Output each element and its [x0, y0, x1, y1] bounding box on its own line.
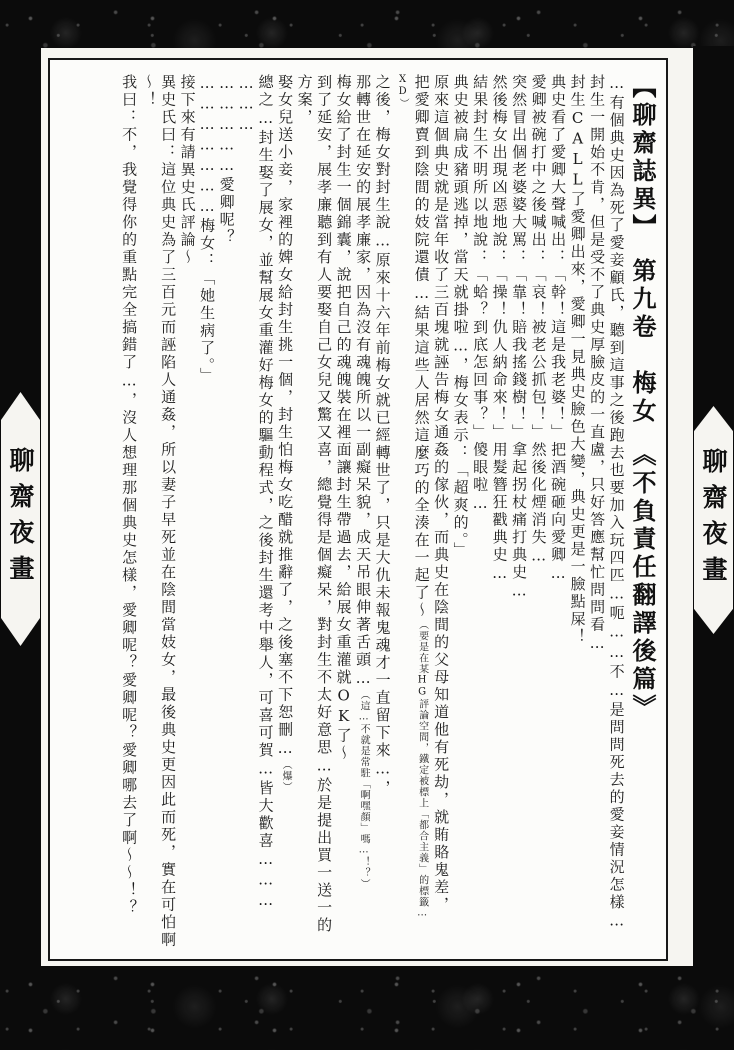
- text-frame: 【聊齋誌異】 第九卷 梅女 《不負責任翻譯後篇》 …有個典史因為死了愛妾顧氏，聽…: [48, 58, 668, 961]
- column-side-note: （爆）: [280, 760, 291, 793]
- text-column: 結果封生不明所以地說：「蛤？到底怎回事？」傻眼啦…: [470, 74, 490, 949]
- column-text: …有個典史因為死了愛妾顧氏，聽到這事之後跑去也要加入玩四匹…呃……不…是問問死去…: [608, 74, 626, 932]
- bottom-ornament-band: [0, 966, 734, 1050]
- left-title-cartouche: 聊齋夜畫: [1, 392, 40, 646]
- column-text: 結果封生不明所以地說：「蛤？到底怎回事？」傻眼啦…: [471, 74, 489, 515]
- column-text: 原來這個典史就是當年收了三百塊就誣告梅女通姦的傢伙，而典史在陰間的父母知道他有死…: [432, 74, 450, 914]
- text-column: 總之…封生娶了展女，並幫展女重灌好梅女的驅動程式，之後封生還考中舉人，可喜可賀……: [255, 74, 275, 949]
- side-label-left: 聊齋夜畫: [8, 447, 33, 591]
- text-column: …有個典史因為死了愛妾顧氏，聽到這事之後跑去也要加入玩四匹…呃……不…是問問死去…: [606, 74, 626, 949]
- column-side-note: （這…不就是常駐「啊嘿顏」嗎…！？）: [358, 690, 369, 890]
- column-text: …………………梅女：「她生病了。」: [198, 74, 216, 385]
- text-column: 娶女兒送小妾，家裡的婢女給封生挑一個，封生怕梅女吃醋就推辭了，之後塞不下恕刪…（…: [275, 74, 295, 949]
- text-column: 典史被扁成豬頭逃掉，當天就掛啦…，梅女表示：「超爽的。」: [450, 74, 470, 949]
- text-column: 突然冒出個老婆婆大罵：「靠！賠我搖錢樹！」拿起拐杖痛打典史…: [509, 74, 529, 949]
- text-column: 之後，梅女對封生說…原來十六年前梅女就已經轉世了，只是大仇未報鬼魂才一直留下來……: [372, 74, 392, 949]
- text-column: 封生CALL了愛卿出來，愛卿一見典史臉色大變，典史更是一臉點屎！: [567, 74, 587, 949]
- column-text: 之後，梅女對封生說…原來十六年前梅女就已經轉世了，只是大仇未報鬼魂才一直留下來……: [374, 74, 392, 798]
- text-column: 封生一開始不肯，但是受不了典史厚臉皮的一直盧，只好答應幫忙問問看…: [587, 74, 607, 949]
- text-column: 原來這個典史就是當年收了三百塊就誣告梅女通姦的傢伙，而典史在陰間的父母知道他有死…: [431, 74, 451, 949]
- text-column: 到了延安，展孝廉聽到有人要娶自己女兒又驚又喜，總覺得是個癡呆，對封生不太好意思……: [294, 74, 333, 949]
- column-text: 那轉世在延安的展孝廉家，因為沒有魂魄所以一副癡呆貌，成天吊眼伸著舌頭…: [354, 74, 372, 690]
- column-text: 總之…封生娶了展女，並幫展女重灌好梅女的驅動程式，之後封生還考中舉人，可喜可賀……: [257, 74, 275, 912]
- column-text: 愛卿被碗打中之後喊出：「哀！被老公抓包！」然後化煙消失…: [530, 74, 548, 567]
- column-text: 我曰：不，我覺得你的重點完全搞錯了…，沒人想理那個典史怎樣，愛卿呢？愛卿呢？愛卿…: [120, 74, 138, 917]
- text-column: ………: [236, 74, 256, 949]
- right-title-cartouche: 聊齋夜畫: [694, 406, 733, 634]
- column-text: 梅女給了封生一個錦囊，說把自己的魂魄裝在裡面讓封生帶過去，給展女重灌就OK了～: [335, 74, 353, 763]
- text-column: 接下來有請異史氏評論～: [177, 74, 197, 949]
- text-column: 梅女給了封生一個錦囊，說把自己的魂魄裝在裡面讓封生帶過去，給展女重灌就OK了～: [333, 74, 353, 949]
- text-column: ……………愛卿呢？: [216, 74, 236, 949]
- text-column: 異史氏曰：這位典史為了三百元而誣陷人通姦，所以妻子早死並在陰間當妓女，最後典史更…: [138, 74, 177, 949]
- text-column: 然後梅女出現凶惡地說：「操！仇人納命來！」用髮簪狂戳典史…: [489, 74, 509, 949]
- column-text: 典史看了愛卿大聲喊出：「幹！這是我老婆！」把酒碗砸向愛卿…: [549, 74, 567, 585]
- column-text: ………: [237, 74, 255, 136]
- column-text: 突然冒出個老婆婆大罵：「靠！賠我搖錢樹！」拿起拐杖痛打典史…: [510, 74, 528, 602]
- column-text: 異史氏曰：這位典史為了三百元而誣陷人通姦，所以妻子早死並在陰間當妓女，最後典史更…: [140, 74, 178, 949]
- text-column: 把愛卿賣到陰間的妓院還債…結果這些人居然這麼巧的全湊在一起了～（要是在某HG評論…: [392, 74, 431, 949]
- column-text: 娶女兒送小妾，家裡的婢女給封生挑一個，封生怕梅女吃醋就推辭了，之後塞不下恕刪…: [276, 74, 294, 760]
- title-column: 【聊齋誌異】 第九卷 梅女 《不負責任翻譯後篇》: [626, 74, 658, 949]
- column-text: 封生一開始不肯，但是受不了典史厚臉皮的一直盧，只好答應幫忙問問看…: [588, 74, 606, 655]
- column-text: 典史被扁成豬頭逃掉，當天就掛啦…，梅女表示：「超爽的。」: [452, 74, 470, 560]
- text-column: …………………梅女：「她生病了。」: [197, 74, 217, 949]
- column-text: 接下來有請異史氏評論～: [179, 74, 197, 267]
- side-label-right: 聊齋夜畫: [701, 448, 726, 592]
- column-text: 到了延安，展孝廉聽到有人要娶自己女兒又驚又喜，總覺得是個癡呆，對封生不太好意思……: [296, 74, 334, 935]
- text-column: 那轉世在延安的展孝廉家，因為沒有魂魄所以一副癡呆貌，成天吊眼伸著舌頭…（這…不就…: [353, 74, 373, 949]
- text-column: 愛卿被碗打中之後喊出：「哀！被老公抓包！」然後化煙消失…: [528, 74, 548, 949]
- vertical-text-area: 【聊齋誌異】 第九卷 梅女 《不負責任翻譯後篇》 …有個典史因為死了愛妾顧氏，聽…: [50, 60, 666, 959]
- column-text: 封生CALL了愛卿出來，愛卿一見典史臉色大變，典史更是一臉點屎！: [569, 74, 587, 646]
- column-text: 把愛卿賣到陰間的妓院還債…結果這些人居然這麼巧的全湊在一起了～: [413, 74, 431, 620]
- text-column: 典史看了愛卿大聲喊出：「幹！這是我老婆！」把酒碗砸向愛卿…: [548, 74, 568, 949]
- column-text: 然後梅女出現凶惡地說：「操！仇人納命來！」用髮簪狂戳典史…: [491, 74, 509, 585]
- scanned-page: 聊齋夜畫 聊齋夜畫 【聊齋誌異】 第九卷 梅女 《不負責任翻譯後篇》 …有個典史…: [0, 0, 734, 1050]
- top-ornament-band: [0, 0, 734, 48]
- column-text: ……………愛卿呢？: [218, 74, 236, 247]
- text-column: 我曰：不，我覺得你的重點完全搞錯了…，沒人想理那個典史怎樣，愛卿呢？愛卿呢？愛卿…: [119, 74, 139, 949]
